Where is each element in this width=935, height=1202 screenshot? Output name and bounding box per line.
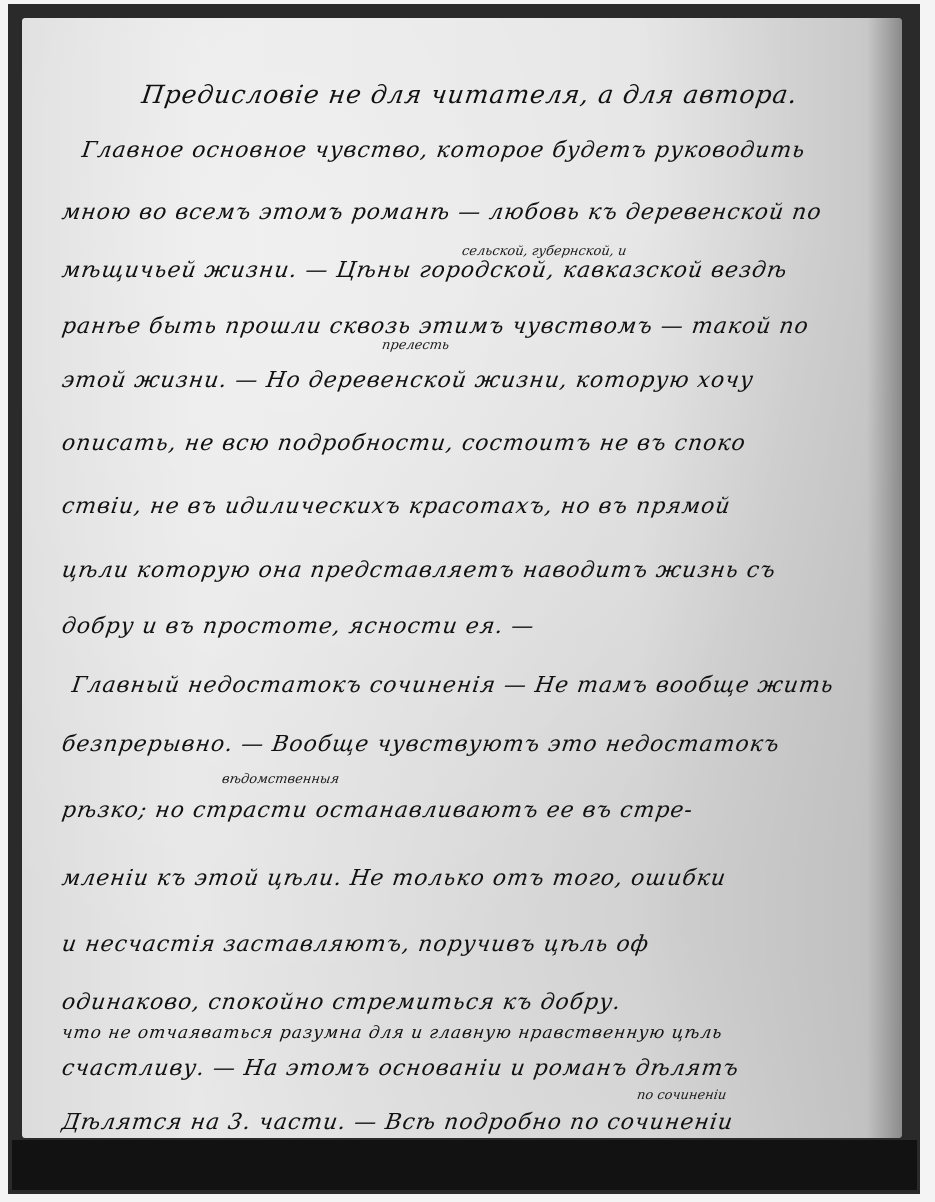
manuscript-line: Главный недостатокъ сочиненія — Не тамъ … xyxy=(70,673,835,698)
manuscript-line: безпрерывно. — Вообще чувствуютъ это нед… xyxy=(60,732,781,757)
manuscript-page: Предисловіе не для читателя, а для автор… xyxy=(22,18,902,1138)
manuscript-line: мленіи къ этой цѣли. Не только отъ того,… xyxy=(60,866,728,891)
interlinear-insertion: сельской, губернской, и xyxy=(461,244,627,259)
manuscript-line: мѣщичьей жизни. — Цѣны городской, кавказ… xyxy=(60,258,789,283)
interlinear-insertion: вѣдомственныя xyxy=(221,772,340,787)
manuscript-line: что не отчаяваться разумна для и главную… xyxy=(61,1023,724,1043)
interlinear-insertion: по сочиненіи xyxy=(636,1088,727,1103)
scan-bottom-shadow xyxy=(12,1140,917,1190)
manuscript-line: рѣзко; но страсти останавливаютъ ее въ с… xyxy=(60,798,694,823)
manuscript-title: Предисловіе не для читателя, а для автор… xyxy=(140,80,800,109)
manuscript-line: этой жизни. — Но деревенской жизни, кото… xyxy=(60,368,755,393)
manuscript-line: цѣли которую она представляетъ наводитъ … xyxy=(60,558,777,583)
manuscript-line: описать, не всю подробности, состоитъ не… xyxy=(60,431,747,456)
manuscript-line: ствіи, не въ идилическихъ красотахъ, но … xyxy=(60,494,732,519)
interlinear-insertion: прелесть xyxy=(381,338,450,353)
manuscript-line: Главное основное чувство, которое будетъ… xyxy=(80,138,807,163)
manuscript-line: мною во всемъ этомъ романѣ — любовь къ д… xyxy=(60,200,823,225)
manuscript-line: и несчастія заставляютъ, поручивъ цѣль о… xyxy=(60,932,651,957)
manuscript-line: добру и въ простоте, ясности ея. — xyxy=(60,614,536,639)
manuscript-line: одинаково, спокойно стремиться къ добру. xyxy=(60,990,623,1015)
manuscript-line: счастливу. — На этомъ основаніи и романъ… xyxy=(60,1056,741,1081)
manuscript-line: Дѣлятся на 3. части. — Всѣ подробно по с… xyxy=(60,1110,735,1135)
manuscript-line: ранѣе быть прошли сквозь этимъ чувствомъ… xyxy=(60,314,810,339)
